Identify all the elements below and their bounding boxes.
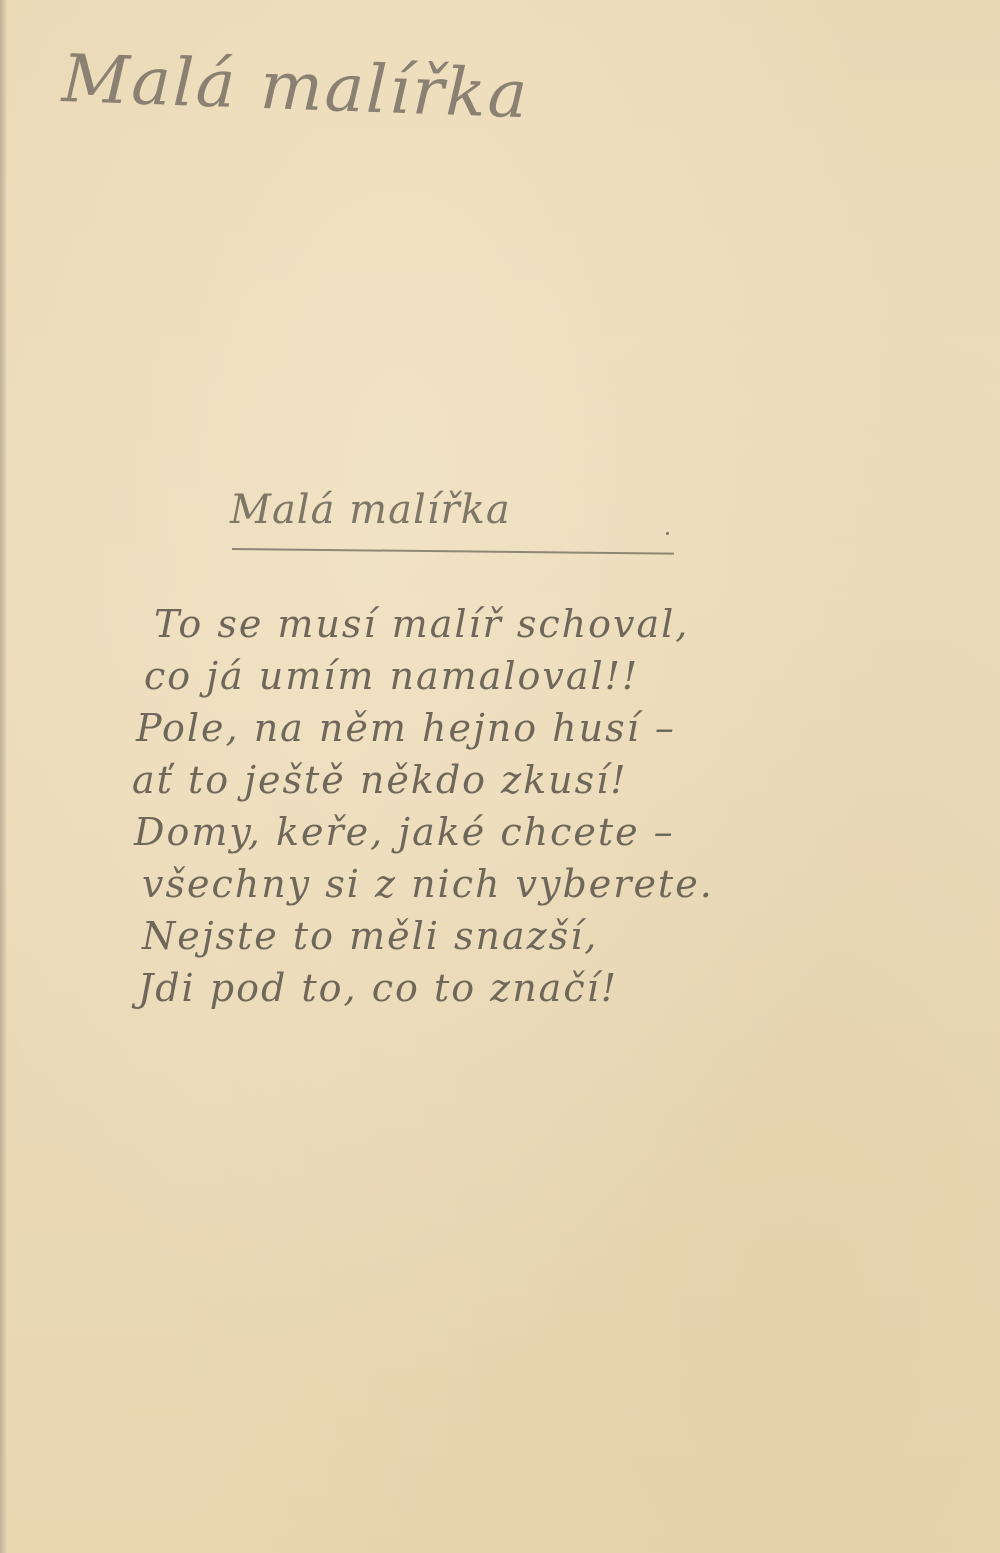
page-edge — [0, 0, 7, 1553]
poem-line: Domy, keře, jaké chcete – — [132, 806, 714, 858]
poem-line: Jdi pod to, co to značí! — [132, 962, 714, 1014]
page-heading: Malá malířka — [61, 40, 531, 133]
poem-body: To se musí malíř schoval, co já umím nam… — [132, 598, 714, 1014]
poem-line: Pole, na něm hejno husí – — [132, 702, 714, 754]
title-underline — [232, 548, 674, 555]
manuscript-page: Malá malířka Malá malířka To se musí mal… — [0, 0, 1000, 1553]
poem-line: všechny si z nich vyberete. — [132, 858, 714, 910]
poem-line: co já umím namaloval!! — [132, 650, 714, 702]
title-period — [666, 532, 669, 535]
poem-title: Malá malířka — [230, 487, 511, 533]
poem-line: ať to ještě někdo zkusí! — [132, 754, 714, 806]
poem-line: To se musí malíř schoval, — [132, 598, 714, 650]
poem-line: Nejste to měli snazší, — [132, 910, 714, 962]
